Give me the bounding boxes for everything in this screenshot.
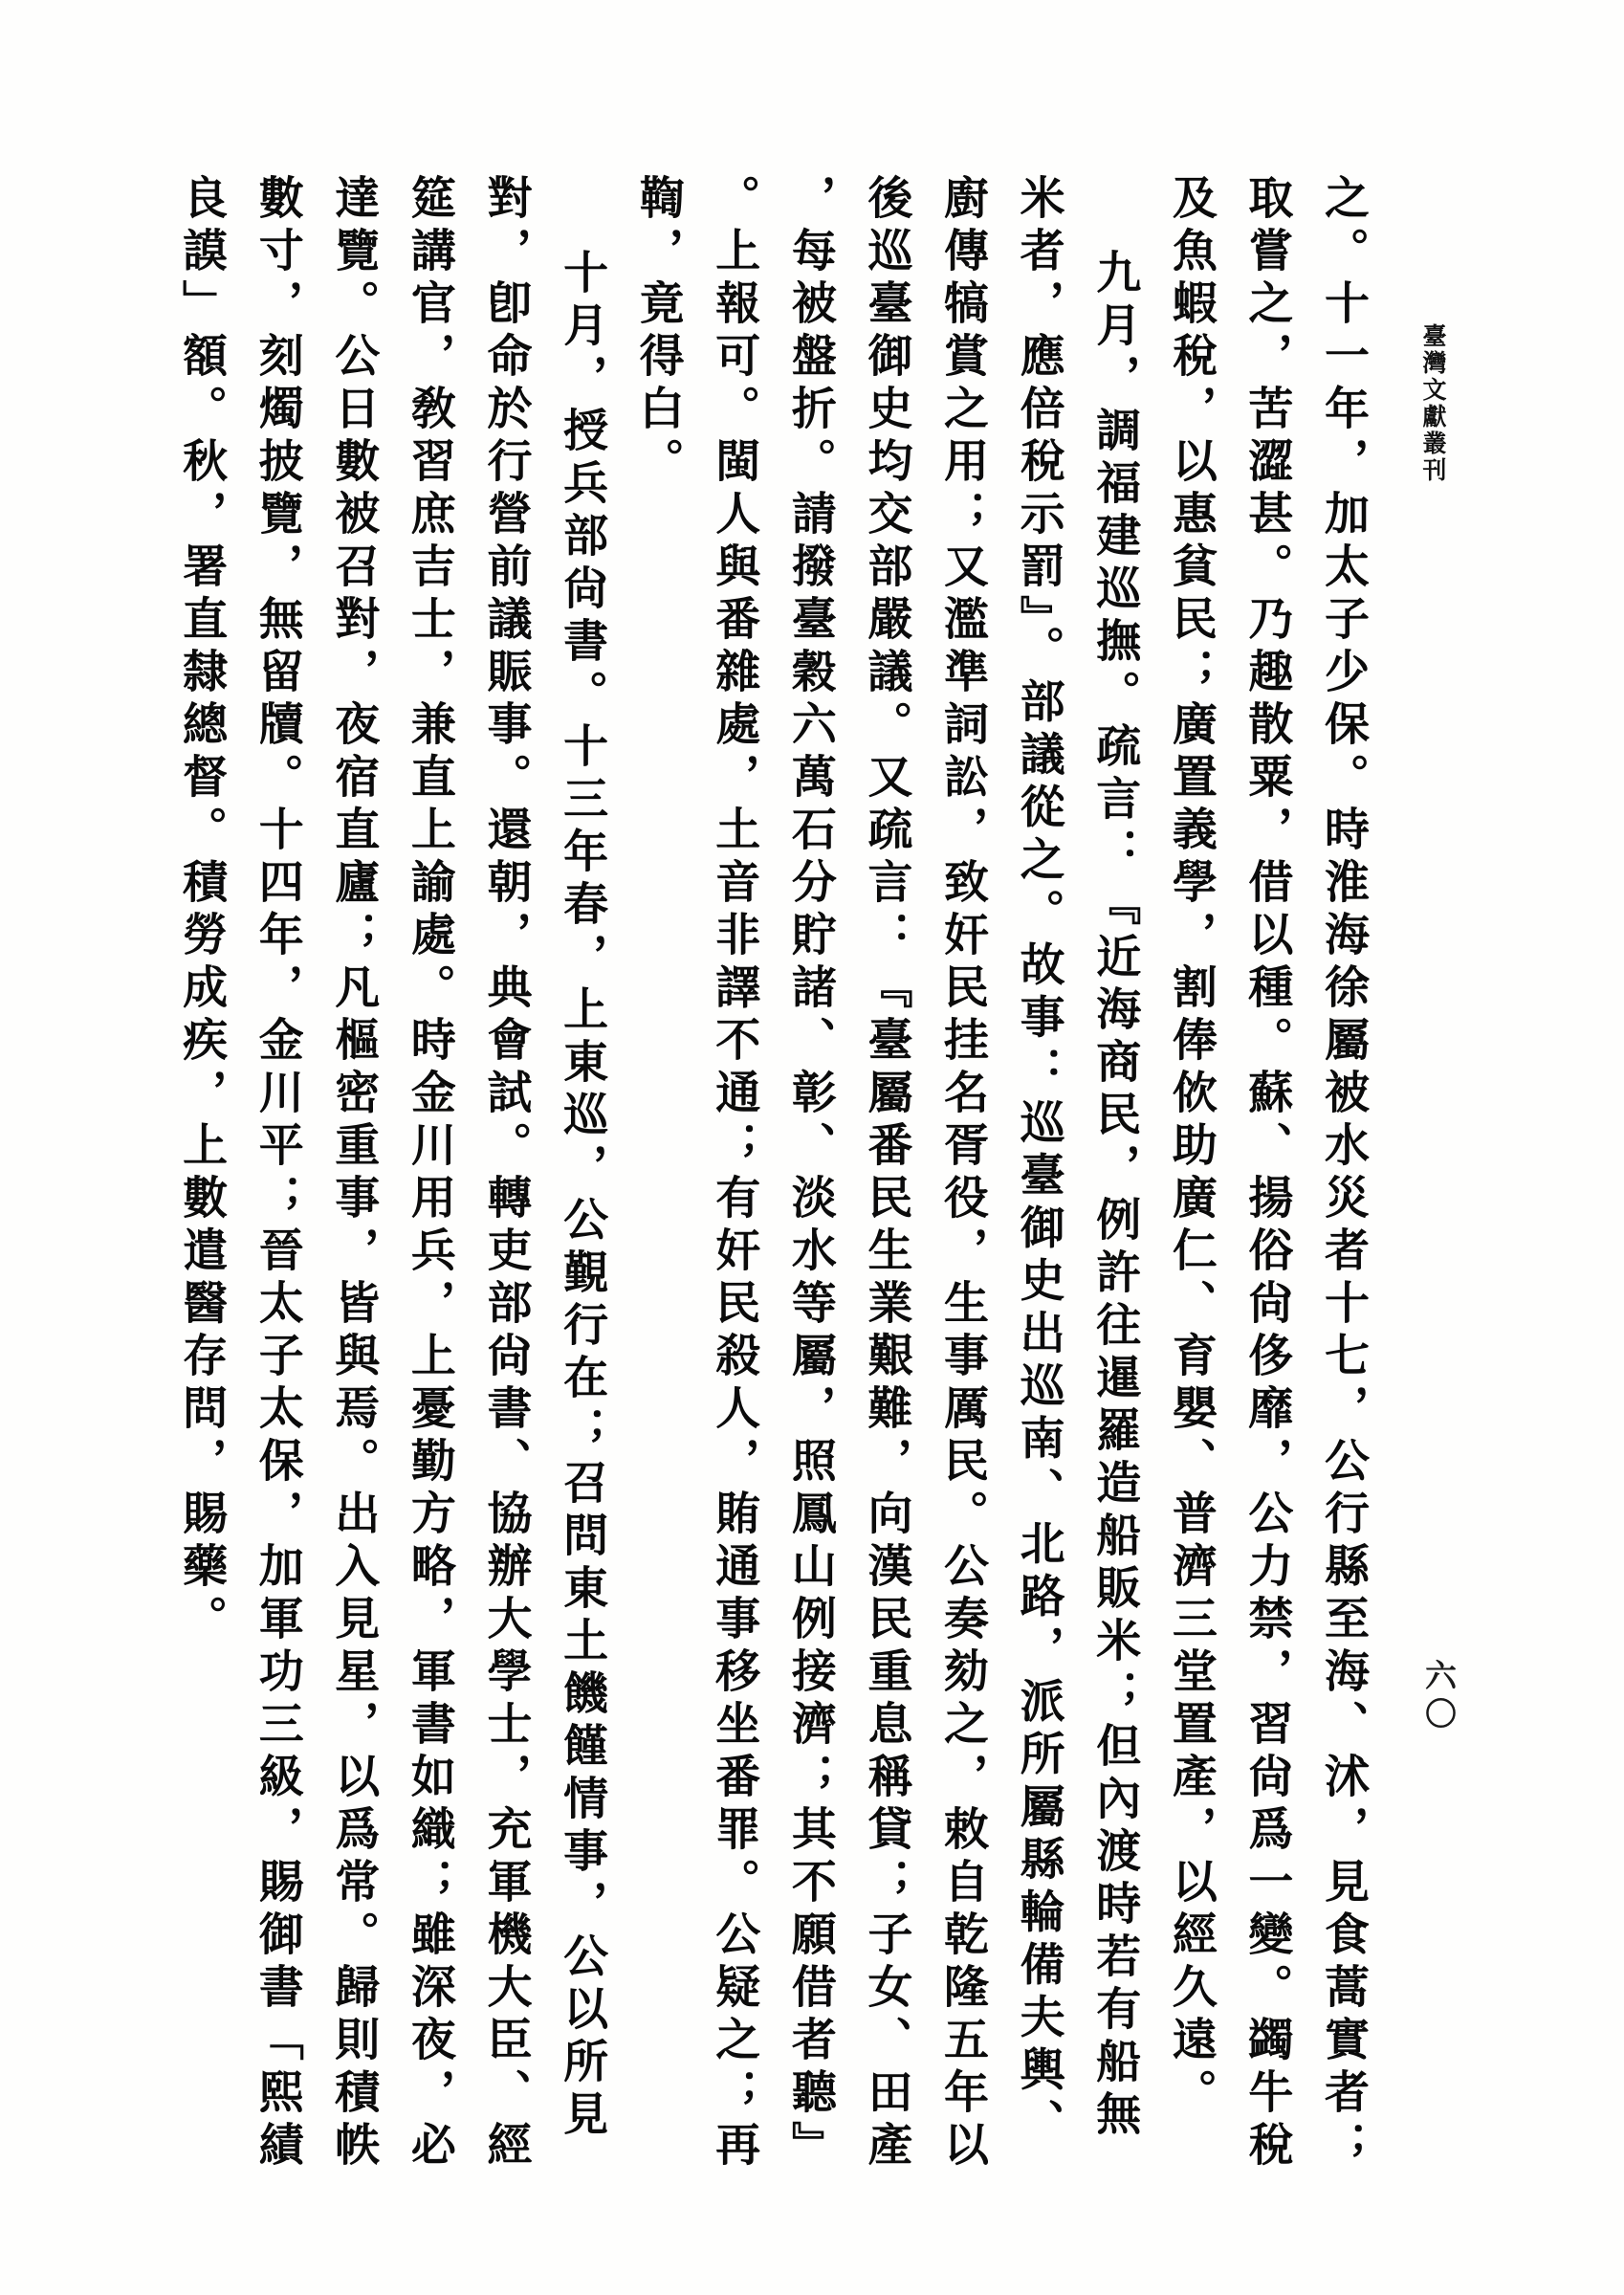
text-column-11: 十月，授兵部尙書。十三年春，上東巡，公覲行在；召問東土饑饉情事，公以所見 xyxy=(542,174,619,2202)
text-block: 之。十一年，加太子少保。時淮海徐屬被水災者十七，公行縣至海、沭，見食蒿實者； 取… xyxy=(162,174,1380,2202)
text-column-5: 米者，應倍稅示罰』。部議從之。故事：巡臺御史出巡南、北路，派所屬縣輪備夫輿、 xyxy=(999,174,1076,2202)
text-column-12: 對，卽命於行營前議賑事。還朝，典會試。轉吏部尙書、協辦大學士，充軍機大臣、經 xyxy=(467,174,543,2202)
text-column-7: 後巡臺御史均交部嚴議。又疏言：『臺屬番民生業艱難，向漢民重息稱貸；子女、田產 xyxy=(847,174,924,2202)
text-column-8: ，每被盤折。請撥臺穀六萬石分貯諸、彰、淡水等屬，照鳳山例接濟；其不願借者聽』 xyxy=(771,174,847,2202)
text-column-3: 及魚蝦稅，以惠貧民；廣置義學，割俸佽助廣仁、育嬰、普濟三堂置產，以經久遠。 xyxy=(1152,174,1228,2202)
text-column-13: 筵講官，敎習庶吉士，兼直上諭處。時金川用兵，上憂勤方略，軍書如織；雖深夜，必 xyxy=(390,174,467,2202)
text-column-10: 鞫，竟得白。 xyxy=(619,174,695,2202)
text-column-4: 九月，調福建巡撫。疏言：『近海商民，例許往暹羅造船販米；但內渡時若有船無 xyxy=(1076,174,1152,2202)
text-column-2: 取嘗之，苦澀甚。乃趣散粟，借以種。蘇、揚俗尙侈靡，公力禁，習尙爲一變。蠲牛稅 xyxy=(1228,174,1305,2202)
page-number: 六〇 xyxy=(1416,1659,1460,1735)
text-column-6: 廚傳犒賞之用；又濫準詞訟，致奸民挂名胥役，生事厲民。公奏劾之，敕自乾隆五年以 xyxy=(923,174,999,2202)
book-page: 臺灣文獻叢刊 六〇 之。十一年，加太子少保。時淮海徐屬被水災者十七，公行縣至海、… xyxy=(0,0,1624,2295)
text-column-16: 良謨」額。秋，署直隸總督。積勞成疾，上數遣醫存問，賜藥。 xyxy=(163,174,239,2202)
text-column-14: 達覽。公日數被召對，夜宿直廬；凡樞密重事，皆與焉。出入見星，以爲常。歸則積帙 xyxy=(315,174,391,2202)
series-title-header: 臺灣文獻叢刊 xyxy=(1415,323,1449,484)
text-column-15: 數寸，刻燭披覽，無留牘。十四年，金川平；晉太子太保，加軍功三級，賜御書「熙績 xyxy=(238,174,315,2202)
text-column-1: 之。十一年，加太子少保。時淮海徐屬被水災者十七，公行縣至海、沭，見食蒿實者； xyxy=(1304,174,1380,2202)
text-column-9: 。上報可。閩人與番雜處，土音非譯不通；有奸民殺人，賄通事移坐番罪。公疑之；再 xyxy=(695,174,772,2202)
